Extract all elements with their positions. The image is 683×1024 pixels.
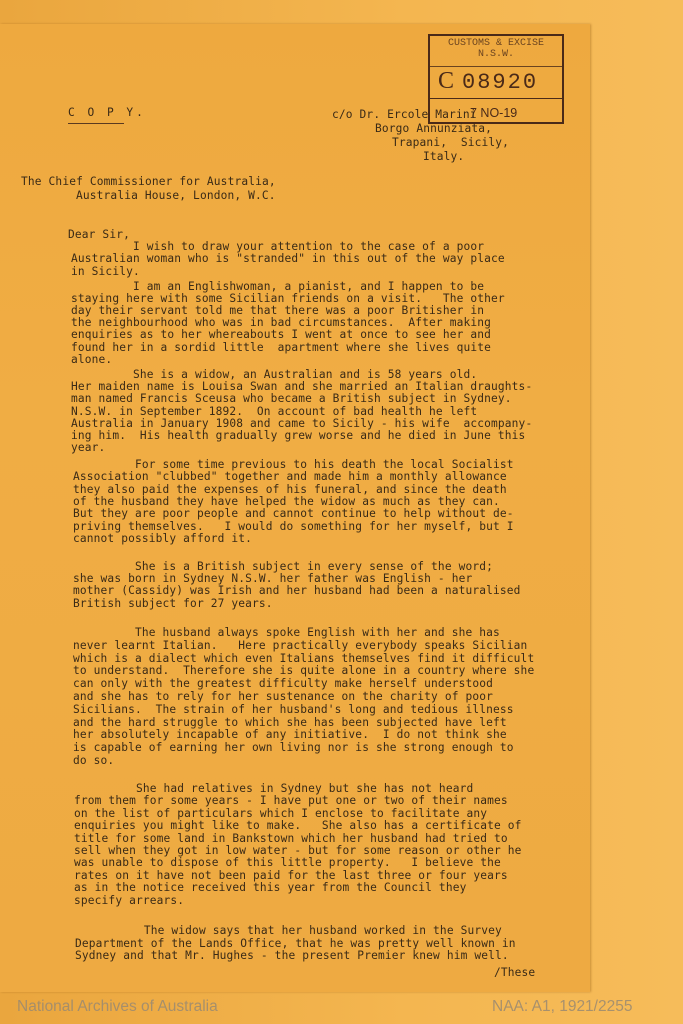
letter-line: cannot possibly afford it. — [73, 533, 252, 546]
letter-line: which is a dialect which even Italians t… — [73, 653, 534, 666]
letter-line: and she has to rely for her sustenance o… — [73, 691, 493, 704]
stamp-number: C08920 — [438, 68, 538, 95]
stamp-divider — [430, 98, 562, 99]
letter-line: British subject for 27 years. — [73, 598, 273, 611]
letter-line: in Sicily. — [71, 266, 140, 279]
letter-line: But they are poor people and cannot cont… — [73, 508, 514, 521]
stamp-letter: C — [438, 68, 456, 94]
sender-address-line: Italy. — [423, 151, 464, 164]
copy-label: C O P Y. — [68, 106, 146, 119]
letter-line: found her in a sordid little apartment w… — [71, 342, 491, 355]
stamp-header-line2: N.S.W. — [430, 49, 562, 60]
letter-line: enquiries you might like to make. She al… — [74, 820, 522, 833]
recipient-line: The Chief Commissioner for Australia, — [21, 176, 276, 189]
recipient-line: Australia House, London, W.C. — [76, 190, 276, 203]
stamp-header-line1: CUSTOMS & EXCISE — [430, 38, 562, 49]
letter-line: ing him. His health gradually grew worse… — [71, 430, 525, 443]
archive-watermark: National Archives of Australia — [17, 998, 218, 1016]
letter-line: Australian woman who is "stranded" in th… — [71, 253, 505, 266]
continuation-marker: /These — [494, 967, 535, 980]
letter-line: can only with the greatest difficulty ma… — [73, 678, 493, 691]
letter-line: as in the notice received this year from… — [74, 882, 466, 895]
sender-address-line: Borgo Annunziata, — [375, 123, 492, 136]
sender-address-line: Trapani, Sicily, — [392, 137, 509, 150]
letter-line: Association "clubbed" together and made … — [73, 471, 507, 484]
sender-address-line: c/o Dr. Ercole Marini — [332, 109, 477, 122]
letter-line: The husband always spoke English with he… — [73, 627, 500, 640]
letter-line: year. — [71, 442, 105, 455]
letter-line: Sydney and that Mr. Hughes - the present… — [75, 950, 509, 963]
letter-line: alone. — [71, 354, 112, 367]
stamp-header: CUSTOMS & EXCISE N.S.W. — [430, 36, 562, 67]
letter-line: specify arrears. — [74, 895, 184, 908]
letter-line: never learnt Italian. Here practically e… — [73, 640, 527, 653]
copy-underline — [68, 123, 124, 124]
letter-line: is capable of earning her own living nor… — [73, 742, 514, 755]
stamp-number-value: 08920 — [462, 70, 538, 95]
letter-line: her absolutely incapable of any initiati… — [73, 729, 507, 742]
archive-reference: NAA: A1, 1921/2255 — [492, 998, 632, 1016]
letter-line: do so. — [73, 755, 114, 768]
letter-line: The widow says that her husband worked i… — [75, 925, 502, 938]
stamp-date: 7 NO-19 — [470, 106, 517, 120]
letter-line: Sicilians. The strain of her husband's l… — [73, 704, 514, 717]
letter-line: and the hard struggle to which she has b… — [73, 717, 507, 730]
letter-line: to understand. Therefore she is quite al… — [73, 665, 534, 678]
